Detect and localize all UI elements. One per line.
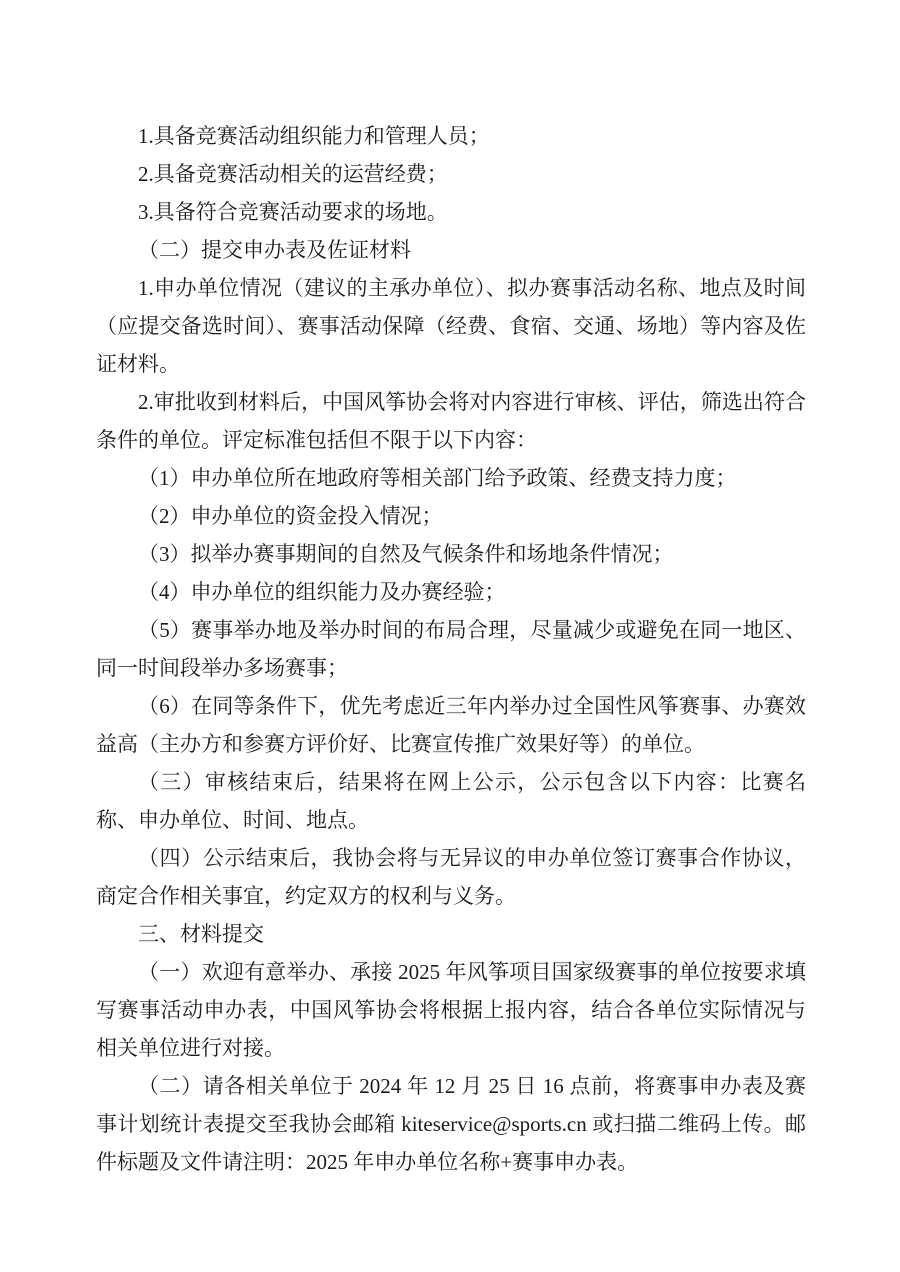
paragraph-requirement-1: 1.具备竞赛活动组织能力和管理人员； (96, 117, 806, 155)
paragraph-publicity: （三）审核结束后，结果将在网上公示，公示包含以下内容：比赛名称、申办单位、时间、… (96, 763, 806, 839)
section-heading-material-submission: 三、材料提交 (96, 915, 806, 953)
paragraph-welcome-apply: （一）欢迎有意举办、承接 2025 年风筝项目国家级赛事的单位按要求填写赛事活动… (96, 953, 806, 1067)
paragraph-criterion-2: （2）申办单位的资金投入情况； (96, 497, 806, 535)
paragraph-application-contents: 1.申办单位情况（建议的主承办单位）、拟办赛事活动名称、地点及时间（应提交备选时… (96, 269, 806, 383)
paragraph-criterion-3: （3）拟举办赛事期间的自然及气候条件和场地条件情况； (96, 535, 806, 573)
paragraph-requirement-2: 2.具备竞赛活动相关的运营经费； (96, 155, 806, 193)
paragraph-criterion-6: （6）在同等条件下，优先考虑近三年内举办过全国性风筝赛事、办赛效益高（主办方和参… (96, 687, 806, 763)
paragraph-deadline-email: （二）请各相关单位于 2024 年 12 月 25 日 16 点前，将赛事申办表… (96, 1067, 806, 1181)
paragraph-requirement-3: 3.具备符合竞赛活动要求的场地。 (96, 193, 806, 231)
document-page: 1.具备竞赛活动组织能力和管理人员； 2.具备竞赛活动相关的运营经费； 3.具备… (0, 0, 900, 1272)
paragraph-criterion-5: （5）赛事举办地及举办时间的布局合理，尽量减少或避免在同一地区、同一时间段举办多… (96, 611, 806, 687)
subsection-heading-submit-materials: （二）提交申办表及佐证材料 (96, 231, 806, 269)
paragraph-criterion-4: （4）申办单位的组织能力及办赛经验； (96, 573, 806, 611)
paragraph-criterion-1: （1）申办单位所在地政府等相关部门给予政策、经费支持力度； (96, 459, 806, 497)
paragraph-review-process: 2.审批收到材料后，中国风筝协会将对内容进行审核、评估，筛选出符合条件的单位。评… (96, 383, 806, 459)
paragraph-agreement: （四）公示结束后，我协会将与无异议的申办单位签订赛事合作协议，商定合作相关事宜，… (96, 839, 806, 915)
